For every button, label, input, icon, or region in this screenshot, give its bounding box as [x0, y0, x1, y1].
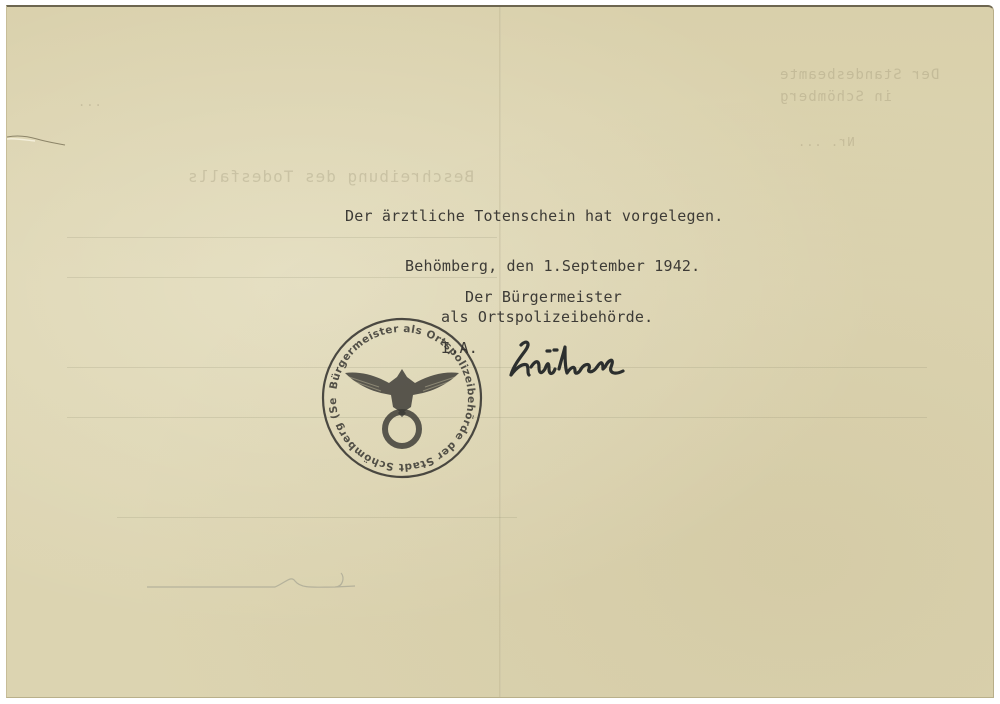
place-date-text: Behömberg, den 1.September 1942.	[405, 257, 700, 275]
faint-rule	[67, 367, 927, 368]
vertical-fold	[499, 7, 501, 697]
faint-rule	[67, 237, 497, 238]
show-through-text: Nr. ...	[797, 135, 855, 149]
faint-rule	[67, 417, 927, 418]
document-scan: Der Standesbeamte in Schömberg Nr. ... B…	[0, 0, 1000, 704]
show-through-text: ...	[77, 95, 102, 109]
show-through-text: Der Standesbeamte	[779, 67, 939, 83]
handwritten-signature	[507, 337, 627, 383]
show-through-text: Beschreibung des Todesfalls	[187, 167, 474, 186]
paper-sheet: Der Standesbeamte in Schömberg Nr. ... B…	[6, 5, 994, 698]
edge-tear-icon	[7, 133, 67, 147]
show-through-text: in Schömberg	[779, 89, 892, 105]
official-stamp-eagle-icon: Bürgermeister als Ortspolizeibehörde der…	[319, 315, 485, 481]
faint-rule	[67, 277, 497, 278]
faint-rule	[117, 517, 517, 518]
issuer-title-line1: Der Bürgermeister	[465, 288, 622, 306]
statement-text: Der ärztliche Totenschein hat vorgelegen…	[345, 207, 723, 225]
pencil-annotation	[145, 567, 365, 597]
